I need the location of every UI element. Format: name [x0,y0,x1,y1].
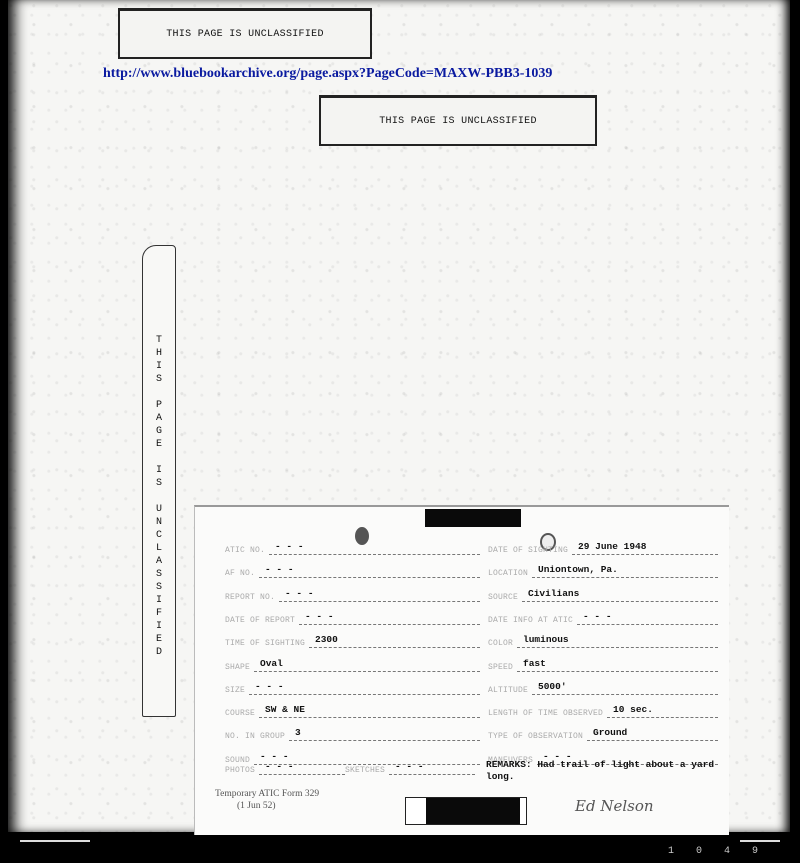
field-row: AF NO.- - - [225,562,480,578]
remarks: REMARKS: Had trail of light about a yard… [486,759,726,783]
field-label: DATE OF SIGHTING [488,546,568,555]
field-label: AF NO. [225,569,255,578]
signature: Ed Nelson [575,797,654,815]
redaction-bar [425,509,521,527]
field-row: DATE OF REPORT- - - [225,609,480,625]
field-label: ATIC NO. [225,546,265,555]
field-label: LENGTH OF TIME OBSERVED [488,709,603,718]
vertical-stamp-text: T H I S P A G E I S U N C L A S S I F I … [143,334,175,659]
field-value: - - - [577,610,718,625]
field-label: SKETCHES [345,766,385,775]
stamp-text: THIS PAGE IS UNCLASSIFIED [379,116,537,127]
field-row: SPEEDfast [488,656,718,672]
field-label: PHOTOS [225,766,255,775]
field-label: LOCATION [488,569,528,578]
field-value: Ground [587,726,718,741]
field-value: - - - [269,540,480,555]
field-value: Oval [254,657,480,672]
field-photos: PHOTOS - - - [225,759,345,775]
unclassified-stamp-second: THIS PAGE IS UNCLASSIFIED [319,95,597,146]
field-row: ALTITUDE5000' [488,679,718,695]
field-row: REPORT NO.- - - [225,586,480,602]
form-date-line: (1 Jun 52) [215,800,319,812]
field-value: - - - [259,563,480,578]
field-row: SIZE- - - [225,679,480,695]
field-label: COURSE [225,709,255,718]
stamp-text: THIS PAGE IS UNCLASSIFIED [166,29,324,40]
field-value: luminous [517,633,718,648]
field-row: DATE OF SIGHTING29 June 1948 [488,539,718,555]
field-label: SOURCE [488,593,518,602]
field-row: NO. IN GROUP3 [225,725,480,741]
field-row: COLORluminous [488,632,718,648]
field-label: REPORT NO. [225,593,275,602]
scan-artifact [740,840,780,842]
remarks-label: REMARKS: [486,759,532,770]
unclassified-stamp-top: THIS PAGE IS UNCLASSIFIED [118,8,372,59]
atic-index-card: ATIC NO.- - -AF NO.- - -REPORT NO.- - -D… [194,505,729,835]
field-value: Civilians [522,587,718,602]
scan-artifact [20,840,90,842]
unclassified-stamp-vertical: T H I S P A G E I S U N C L A S S I F I … [142,245,176,717]
field-label: COLOR [488,639,513,648]
field-value: SW & NE [259,703,480,718]
field-sketches: SKETCHES - - - [345,759,475,775]
field-label: DATE INFO AT ATIC [488,616,573,625]
field-label: ALTITUDE [488,686,528,695]
field-label: SIZE [225,686,245,695]
redaction-bar [426,798,520,824]
field-label: TYPE OF OBSERVATION [488,732,583,741]
field-value: - - - [249,680,480,695]
field-value: 29 June 1948 [572,540,718,555]
field-label: SHAPE [225,663,250,672]
field-value: - - - [259,760,345,775]
field-value: 10 sec. [607,703,718,718]
redacted-name-box [405,797,527,825]
field-row: SHAPEOval [225,656,480,672]
field-value: fast [517,657,718,672]
field-row: LENGTH OF TIME OBSERVED10 sec. [488,702,718,718]
field-value: - - - [389,760,475,775]
field-row: ATIC NO.- - - [225,539,480,555]
field-value: 3 [289,726,480,741]
field-row: LOCATIONUniontown, Pa. [488,562,718,578]
source-link[interactable]: http://www.bluebookarchive.org/page.aspx… [103,66,552,82]
field-row: COURSESW & NE [225,702,480,718]
page-number-mark: 1 0 4 9 [668,846,766,857]
field-value: 2300 [309,633,480,648]
field-value: - - - [299,610,480,625]
field-value: - - - [279,587,480,602]
field-value: 5000' [532,680,718,695]
form-identifier: Temporary ATIC Form 329 (1 Jun 52) [215,788,319,812]
field-label: DATE OF REPORT [225,616,295,625]
field-row: DATE INFO AT ATIC- - - [488,609,718,625]
field-row: TYPE OF OBSERVATIONGround [488,725,718,741]
field-row: TIME OF SIGHTING2300 [225,632,480,648]
scanned-document-page: THIS PAGE IS UNCLASSIFIED http://www.blu… [8,0,790,832]
form-id-line: Temporary ATIC Form 329 [215,788,319,800]
field-label: SPEED [488,663,513,672]
field-value: Uniontown, Pa. [532,563,718,578]
field-row: SOURCECivilians [488,586,718,602]
field-label: TIME OF SIGHTING [225,639,305,648]
field-label: NO. IN GROUP [225,732,285,741]
